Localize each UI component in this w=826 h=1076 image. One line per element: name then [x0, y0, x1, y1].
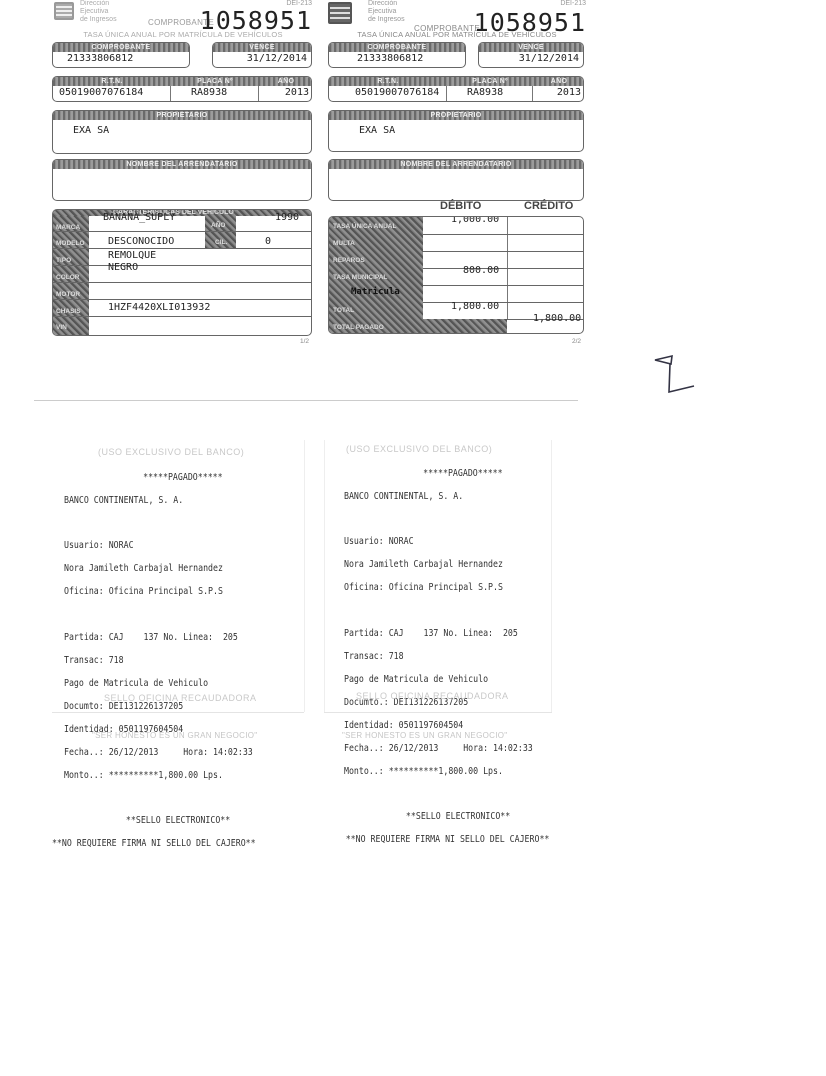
organization-name: Dirección Ejecutiva de Ingresos [80, 0, 117, 24]
comprobante-box: COMPROBANTE 21333806812 [328, 42, 466, 68]
vence-box: VENCE 31/12/2014 [212, 42, 312, 68]
anio-value: 2013 [533, 86, 584, 101]
propietario-value: EXA SA [53, 120, 311, 136]
receipt-sello-electronico: **SELLO ELECTRONICO** [344, 811, 549, 823]
arrendatario-box: NOMBRE DEL ARRENDATARIO [52, 159, 312, 201]
vence-header: VENCE [213, 43, 311, 52]
receipt-fecha-hora: Fecha..: 26/12/2013 Hora: 14:02:33 [64, 747, 256, 759]
sello-oficina-label: SELLO OFICINA RECAUDADORA [104, 693, 257, 703]
comprobante-box: COMPROBANTE 21333806812 [52, 42, 190, 68]
propietario-box: PROPIETARIO EXA SA [328, 110, 584, 152]
tax-form-right: Dirección Ejecutiva de Ingresos DEI-213 … [326, 0, 588, 350]
page-indicator: 1/2 [300, 338, 309, 345]
org-line-3: de Ingresos [80, 16, 117, 24]
anio-value: 2013 [259, 86, 312, 101]
receipt-border [324, 440, 325, 712]
total-paid-credit: 1,800.00 [533, 313, 581, 324]
receipt-sello-electronico: **SELLO ELECTRONICO** [64, 815, 256, 827]
anio-vehicle-value: 1990 [275, 212, 299, 223]
vin-label: VIN [56, 324, 67, 331]
receipt-oficina: Oficina: Oficina Principal S.P.S [64, 586, 256, 598]
org-line-2: Ejecutiva [368, 8, 405, 16]
placa-header: PLACA Nº [447, 77, 533, 86]
total-paid-label: TOTAL PAGADO [333, 324, 384, 331]
rtn-header-bar: R.T.N. PLACA Nº AÑO [53, 77, 311, 86]
anio-header: AÑO [259, 77, 312, 86]
total-debit: 1,800.00 [451, 301, 499, 312]
anio-header: AÑO [533, 77, 584, 86]
receipt-border [551, 440, 552, 712]
row-divider [53, 299, 311, 300]
receipt-fecha-hora: Fecha..: 26/12/2013 Hora: 14:02:33 [344, 743, 549, 755]
color-value: NEGRO [108, 262, 138, 273]
rtn-header: R.T.N. [53, 77, 171, 86]
comprobante-header: COMPROBANTE [53, 43, 189, 52]
row-divider [423, 234, 583, 235]
tax-form-left: Dirección Ejecutiva de Ingresos DEI-213 … [52, 0, 314, 350]
org-line-1: Dirección [80, 0, 117, 8]
receipt-concepto: Pago de Matricula de Vehiculo [344, 674, 549, 686]
page-indicator: 2/2 [572, 338, 581, 345]
rtn-header-bar: R.T.N. PLACA Nº AÑO [329, 77, 583, 86]
row-divider [53, 248, 311, 249]
receipt-bank: BANCO CONTINENTAL, S. A. [64, 495, 256, 507]
propietario-header: PROPIETARIO [53, 111, 311, 120]
rtn-value: 05019007076184 [329, 86, 447, 101]
receipt-no-firma: **NO REQUIERE FIRMA NI SELLO DEL CAJERO*… [346, 834, 550, 846]
motto: "SER HONESTO ES UN GRAN NEGOCIO" [342, 731, 507, 740]
sello-oficina-label: SELLO OFICINA RECAUDADORA [356, 691, 509, 701]
charge-label-reparos: REPAROS [333, 257, 365, 264]
dei-logo-icon [54, 2, 74, 20]
credit-header: CRÉDITO [524, 200, 573, 212]
debit-tasa-unica: 1,000.00 [451, 216, 499, 225]
receipt-transac: Transac: 718 [64, 655, 256, 667]
propietario-value: EXA SA [329, 120, 583, 136]
bank-use-label: (USO EXCLUSIVO DEL BANCO) [98, 447, 244, 457]
receipt-transac: Transac: 718 [344, 651, 549, 663]
marca-label: MARCA [56, 224, 80, 231]
vence-value: 31/12/2014 [479, 52, 583, 64]
debit-tasa-municipal: 800.00 [463, 265, 499, 276]
org-line-3: de Ingresos [368, 16, 405, 24]
receipt-status: *****PAGADO***** [64, 472, 256, 484]
organization-name: Dirección Ejecutiva de Ingresos [368, 0, 405, 24]
placa-header: PLACA Nº [171, 77, 259, 86]
rtn-value: 05019007076184 [53, 86, 171, 101]
motto: "SER HONESTO ES UN GRAN NEGOCIO" [92, 731, 257, 740]
modelo-label: MODELO [56, 240, 85, 247]
receipt-oficina: Oficina: Oficina Principal S.P.S [344, 582, 549, 594]
total-label: TOTAL [333, 307, 354, 314]
charge-label-matricula: Matricula [351, 287, 400, 297]
row-divider [423, 285, 583, 286]
receipt-concepto: Pago de Matricula de Vehiculo [64, 678, 256, 690]
row-divider [423, 251, 583, 252]
form-subtitle: TASA ÚNICA ANUAL POR MATRÍCULA DE VEHÍCU… [52, 30, 314, 39]
charge-label-multa: MULTA [333, 240, 355, 247]
receipt-status: *****PAGADO***** [344, 468, 549, 480]
tipo-label: TIPO [56, 257, 71, 264]
charge-label-tasa-unica: TASA ÚNICA ANUAL [333, 223, 396, 230]
rtn-placa-box: R.T.N. PLACA Nº AÑO 05019007076184 RA893… [328, 76, 584, 102]
receipt-usuario: Usuario: NORAC [344, 536, 549, 548]
row-divider [423, 268, 583, 269]
row-divider [53, 231, 311, 232]
anio-label: AÑO [211, 222, 225, 229]
arrendatario-header: NOMBRE DEL ARRENDATARIO [53, 160, 311, 169]
comprobante-value: 21333806812 [53, 52, 189, 64]
form-subtitle: TASA ÚNICA ANUAL POR MATRÍCULA DE VEHÍCU… [326, 30, 588, 39]
rtn-placa-box: R.T.N. PLACA Nº AÑO 05019007076184 RA893… [52, 76, 312, 102]
receipt-monto: Monto..: **********1,800.00 Lps. [64, 770, 256, 782]
vence-box: VENCE 31/12/2014 [478, 42, 584, 68]
propietario-header: PROPIETARIO [329, 111, 583, 120]
receipt-border [304, 440, 305, 712]
placa-value: RA8938 [447, 86, 533, 101]
chasis-label: CHASIS [56, 308, 81, 315]
vehicle-box: CARACTERÍSTICAS DEL VEHÍCULO MARCA MODEL… [52, 209, 312, 336]
arrendatario-header: NOMBRE DEL ARRENDATARIO [329, 160, 583, 169]
receipt-identidad: Identidad: 0501197604504 [344, 720, 549, 732]
row-divider [53, 265, 311, 266]
vence-value: 31/12/2014 [213, 52, 311, 64]
chasis-value: 1HZF4420XLI013932 [108, 302, 210, 313]
modelo-value: DESCONOCIDO [108, 236, 174, 247]
receipt-monto: Monto..: **********1,800.00 Lps. [344, 766, 549, 778]
rtn-header: R.T.N. [329, 77, 447, 86]
cut-line [34, 400, 578, 401]
bank-use-label: (USO EXCLUSIVO DEL BANCO) [346, 444, 492, 454]
color-label: COLOR [56, 274, 79, 281]
receipt-partida: Partida: CAJ 137 No. Linea: 205 [344, 628, 549, 640]
receipt-cashier: Nora Jamileth Carbajal Hernandez [344, 559, 549, 571]
dei-logo-icon [328, 2, 352, 24]
marca-value: BANANA_SUPLY [103, 212, 175, 223]
receipt-partida: Partida: CAJ 137 No. Linea: 205 [64, 632, 256, 644]
form-code: DEI-213 [560, 0, 586, 7]
arrendatario-box: NOMBRE DEL ARRENDATARIO [328, 159, 584, 201]
receipt-no-firma: **NO REQUIERE FIRMA NI SELLO DEL CAJERO*… [52, 838, 256, 850]
row-divider [53, 316, 311, 317]
org-line-2: Ejecutiva [80, 8, 117, 16]
org-line-1: Dirección [368, 0, 405, 8]
row-divider [53, 282, 311, 283]
placa-value: RA8938 [171, 86, 259, 101]
vence-header: VENCE [479, 43, 583, 52]
motor-label: MOTOR [56, 291, 80, 298]
receipt-cashier: Nora Jamileth Carbajal Hernandez [64, 563, 256, 575]
cil-label: CIL. [215, 239, 227, 246]
propietario-box: PROPIETARIO EXA SA [52, 110, 312, 154]
cil-value: 0 [265, 236, 271, 247]
bank-receipt-left: *****PAGADO***** BANCO CONTINENTAL, S. A… [64, 460, 256, 861]
debit-header: DÉBITO [440, 200, 481, 212]
comprobante-header: COMPROBANTE [329, 43, 465, 52]
comprobante-value: 21333806812 [329, 52, 465, 64]
row-divider [423, 302, 583, 303]
tipo-value: REMOLQUE [108, 250, 156, 261]
handwritten-mark-icon [650, 352, 700, 397]
charges-box: TASA ÚNICA ANUAL MULTA REPAROS TASA MUNI… [328, 216, 584, 334]
charge-label-tasa-municipal: TASA MUNICIPAL [333, 274, 387, 281]
receipt-usuario: Usuario: NORAC [64, 540, 256, 552]
bank-receipt-right: *****PAGADO***** BANCO CONTINENTAL, S. A… [344, 456, 549, 857]
receipt-bank: BANCO CONTINENTAL, S. A. [344, 491, 549, 503]
